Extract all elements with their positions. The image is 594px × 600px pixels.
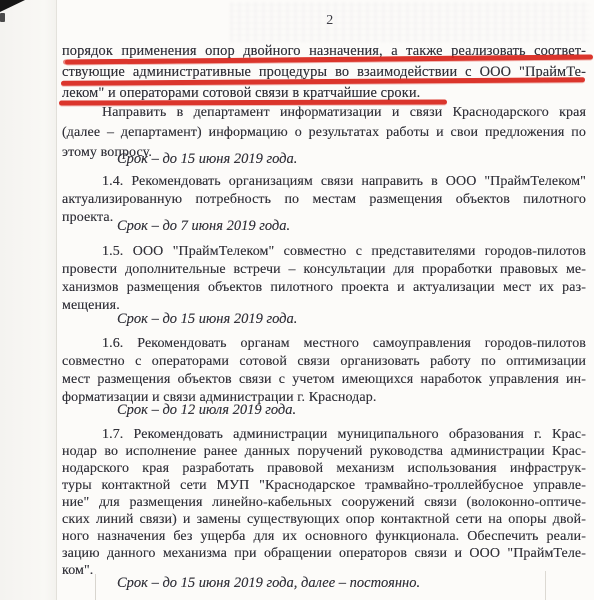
text-line: 1.4. Рекомендовать организациям связи на… [62,173,586,191]
deadline-line: Срок – до 15 июня 2019 года. [117,311,297,328]
scan-corner-artifact [0,13,5,22]
scanned-document-page: 2 порядок применения опор двойного назна… [0,0,594,600]
text-line: ханизмов размещения объектов пилотного п… [62,279,586,297]
text-line: туры контактной сети МУП "Краснодарское … [62,477,586,494]
text-line: 1.6. Рекомендовать органам местного само… [62,335,586,353]
text-line: Направить в департамент информатизации и… [62,103,586,123]
text-line: мест размещения объектов связи с учетом … [62,371,586,389]
paragraph-item-1-5: 1.5. ООО "ПраймТелеком" совместно с пред… [62,243,586,315]
paragraph-item-1-7: 1.7. Рекомендовать администрации муницип… [62,426,586,579]
deadline-line: Срок – до 7 июня 2019 года. [117,218,290,235]
deadline-line: Срок – до 15 июня 2019 года. [117,151,297,168]
deadline-line: Срок – до 15 июня 2019 года, далее – пос… [117,575,420,592]
bleed-through-ghosting [230,2,590,42]
text-line: 1.7. Рекомендовать администрации муницип… [62,426,586,443]
text-line: провести дополнительные встречи – консул… [62,261,586,279]
paragraph-continuation: порядок применения опор двойного назначе… [62,41,586,104]
scan-fold-line [56,0,57,600]
page-number: 2 [326,13,334,29]
deadline-line: Срок – до 12 июля 2019 года. [117,402,296,419]
paragraph-item-1-6: 1.6. Рекомендовать органам местного само… [62,335,586,407]
text-line: совместно с операторами сотовой связи ор… [62,353,586,371]
text-line: 1.5. ООО "ПраймТелеком" совместно с пред… [62,243,586,261]
text-line: актуализированную потребность по местам … [62,191,586,209]
text-line: ного назначения без ущерба для их основн… [62,528,586,545]
text-line: зацию данного механизма при обращении оп… [62,545,586,562]
scan-left-margin [0,0,56,600]
text-line: нодар во исполнение ранее данных поручен… [62,443,586,460]
text-line: (далее – департамент) информацию о резул… [62,123,586,143]
text-line: нодарского края разработать правовой мех… [62,460,586,477]
text-line: ских линий связи) и замены существующих … [62,511,586,528]
text-line: ние" для размещения линейно-кабельных со… [62,494,586,511]
